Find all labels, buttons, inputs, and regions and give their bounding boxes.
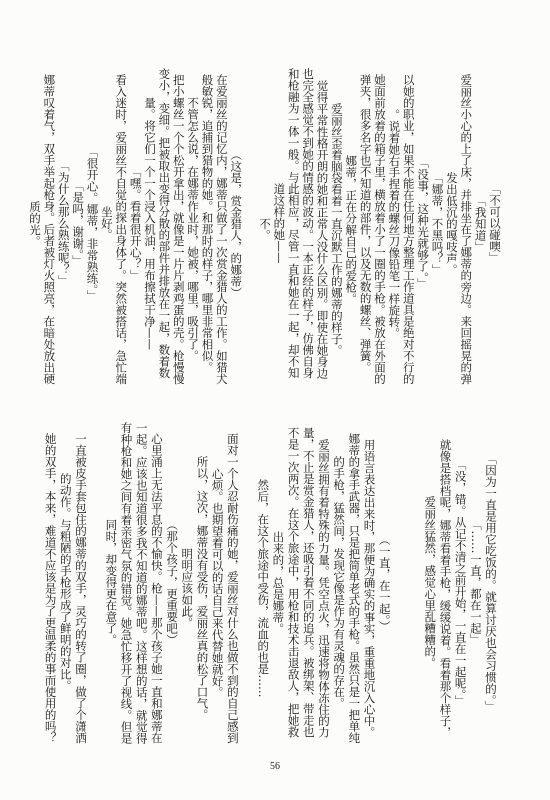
text-column: 娜蒂叹着气，双手举起枪身。后者被灯火照亮，在暗处放出硬	[40, 61, 54, 386]
text-column: 同时，却变得更在意了。	[101, 420, 116, 745]
text-column: 的动作。与粗陋的手枪形成了鲜明的对比。	[56, 420, 71, 745]
text-column: 看入迷时，爱丽丝不自觉的探出身体了。突然被搭话，急忙端	[112, 61, 126, 386]
text-column: 「是吗，谢谢。」	[69, 61, 83, 386]
text-column: 质的光。	[26, 61, 40, 386]
text-column: 爱丽丝拥有着特殊的力量。凭空点火，迅速将物体冻住的力	[314, 420, 329, 745]
text-column: 出来的，总是娜蒂。	[268, 420, 283, 745]
text-column: （一直，在一起。）	[375, 420, 390, 745]
text-column: 心里涌上无法平息的不愉快。枪——那个孩子她一直和娜蒂在	[147, 420, 162, 745]
text-column: 量，不止是赏金猎人，还吸引着不同的追兵。被绑架、带走也	[299, 420, 314, 745]
text-column: 和枪融为一体一般。与此相应，尽管一直和她在一起，却不知	[284, 61, 298, 386]
lower-text-block: 「因为一直是用它吃饭的。就算讨厌也会习惯的。」 「……一直，都在一起」 「没，错…	[40, 420, 496, 750]
text-column: 。说着她右手捏着的螺丝刀像铅笔一样旋转。	[385, 61, 399, 386]
text-column: 「我知道」	[471, 61, 485, 386]
text-column: 「没事，这种光就够了。」	[414, 61, 428, 386]
text-column: 所以，这次，娜蒂没有受伤，爱丽丝真的松了口气。	[192, 420, 207, 745]
text-column: 的手枪，猛然间，发现它像是作为有灵魂的存在。	[329, 420, 344, 745]
blank-line	[86, 420, 101, 745]
text-column: 觉得平常性格开朗的她和正常人没什么区别。即使在她身边	[313, 61, 327, 386]
text-column: 娜蒂的拿手武器，只是把简单老式的手枪。虽然只是一把单纯	[344, 420, 359, 745]
text-column: 一直被皮手套包住的娜蒂的双手，灵巧的转了圈，做了个潇洒	[71, 420, 86, 745]
text-column: 在爱丽丝的记忆内，娜蒂只做了一次赏金猎人的工作。如猎犬	[213, 61, 227, 386]
text-column: 就像是搭档呢，娜蒂看着手枪，缓缓说着。看着那个样子，	[435, 420, 450, 745]
blank-line	[238, 420, 253, 745]
text-column: 发出低沉的嘎吱声。	[443, 61, 457, 386]
text-column: 以她的职业，如果不能在任何地方整理工作道具是绝对不行的	[399, 61, 413, 386]
text-column: 坐好。	[98, 61, 112, 386]
text-column: 「嘿。看着很开心？」	[126, 61, 140, 386]
text-column: 爱丽丝歪着脑袋看着一直沉默工作的娜蒂的样子。	[328, 61, 342, 386]
text-column: 「没，错。从记不清之前开始，一直在一起呢。」	[450, 420, 465, 745]
text-column: 一起。应该也知道很多我不知道的娜蒂吧。这样想的话，就觉得	[132, 420, 147, 745]
text-column: 变小，变细。把被取出变得分散的部件并排放在一起，数着数	[155, 61, 169, 386]
text-column: 道这样的她——	[270, 61, 284, 386]
text-column: 般敏锐，追捕到猎物的她。和那时的样子，哪里非常相似。	[198, 61, 212, 386]
text-column: 用语言表达出来时，那便为确实的事实，重重地沉入心中。	[359, 420, 374, 745]
text-column: 然后，在这个旅途中受伤，流血的也是……	[253, 420, 268, 745]
text-column: （那个孩子，更重要吧）	[162, 420, 177, 745]
text-column: 「娜蒂，不黑吗？」	[428, 61, 442, 386]
blank-line	[390, 420, 405, 745]
text-column: 娜蒂，正在分解自己的爱枪。	[342, 61, 356, 386]
text-column: 心烦。也期望着可以的话自己来代替她就好。	[207, 420, 222, 745]
text-column: 「很开心。娜蒂，非常熟练。」	[83, 61, 97, 386]
text-column: 不。	[256, 61, 270, 386]
text-column: 她的双手，本来，难道不应该是为了更温柔的事而使用的吗？	[40, 420, 55, 745]
text-column: （这是，赏金猎人，的娜蒂）	[227, 61, 241, 386]
text-column: 不是一次两次。在这个旅途中，用枪和技术击退敌人，把她救	[283, 420, 298, 745]
text-column: 「因为一直是用它吃饭的。就算讨厌也会习惯的。」	[481, 420, 496, 745]
text-column: 量。将它们一个一个浸入机油，用布擦拭干净——	[141, 61, 155, 386]
text-column: 爱丽丝小心的上了床，并排坐在了娜蒂的旁边。来回摇晃的弹	[457, 61, 471, 386]
text-column: 「不可以碰噢」	[486, 61, 500, 386]
text-column: 「……一直，都在一起」	[466, 420, 481, 745]
blank-line	[405, 420, 420, 745]
page-number: 56	[0, 761, 550, 772]
text-column: 面对一个人忍耐伤痛的她，爱丽丝对什么也做不到的自己感到	[223, 420, 238, 745]
text-column: 爱丽丝猛然，感觉心里乱糟糟的。	[420, 420, 435, 745]
text-column: 不管怎么说，在娜蒂作业时，她被，哪里，吸引了。	[184, 61, 198, 386]
text-column: 「为什么那么熟练呢？」	[54, 61, 68, 386]
text-column: 有种枪和她之间有着亲密气氛的错觉。她急忙移开了视线。但是	[116, 420, 131, 745]
upper-text-block: 「不可以碰噢」 「我知道」 爱丽丝小心的上了床，并排坐在了娜蒂的旁边。来回摇晃的…	[26, 61, 500, 391]
text-column: 明明应该如此。	[177, 420, 192, 745]
text-column: 弹夹，很多名字也不知道的部件，以及无数的螺丝、弹簧。	[356, 61, 370, 386]
blank-line	[241, 61, 255, 386]
text-column: 把小螺丝一个个松开拿出，就像是一片片剥鸡蛋的壳。枪慢慢	[169, 61, 183, 386]
text-column: 她面前放着的箱子里，横放着小了一圈的手枪。被放在外面的	[371, 61, 385, 386]
text-column: 也完全感觉不到她的情感的波动。一本正经的样子，仿佛自身	[299, 61, 313, 386]
